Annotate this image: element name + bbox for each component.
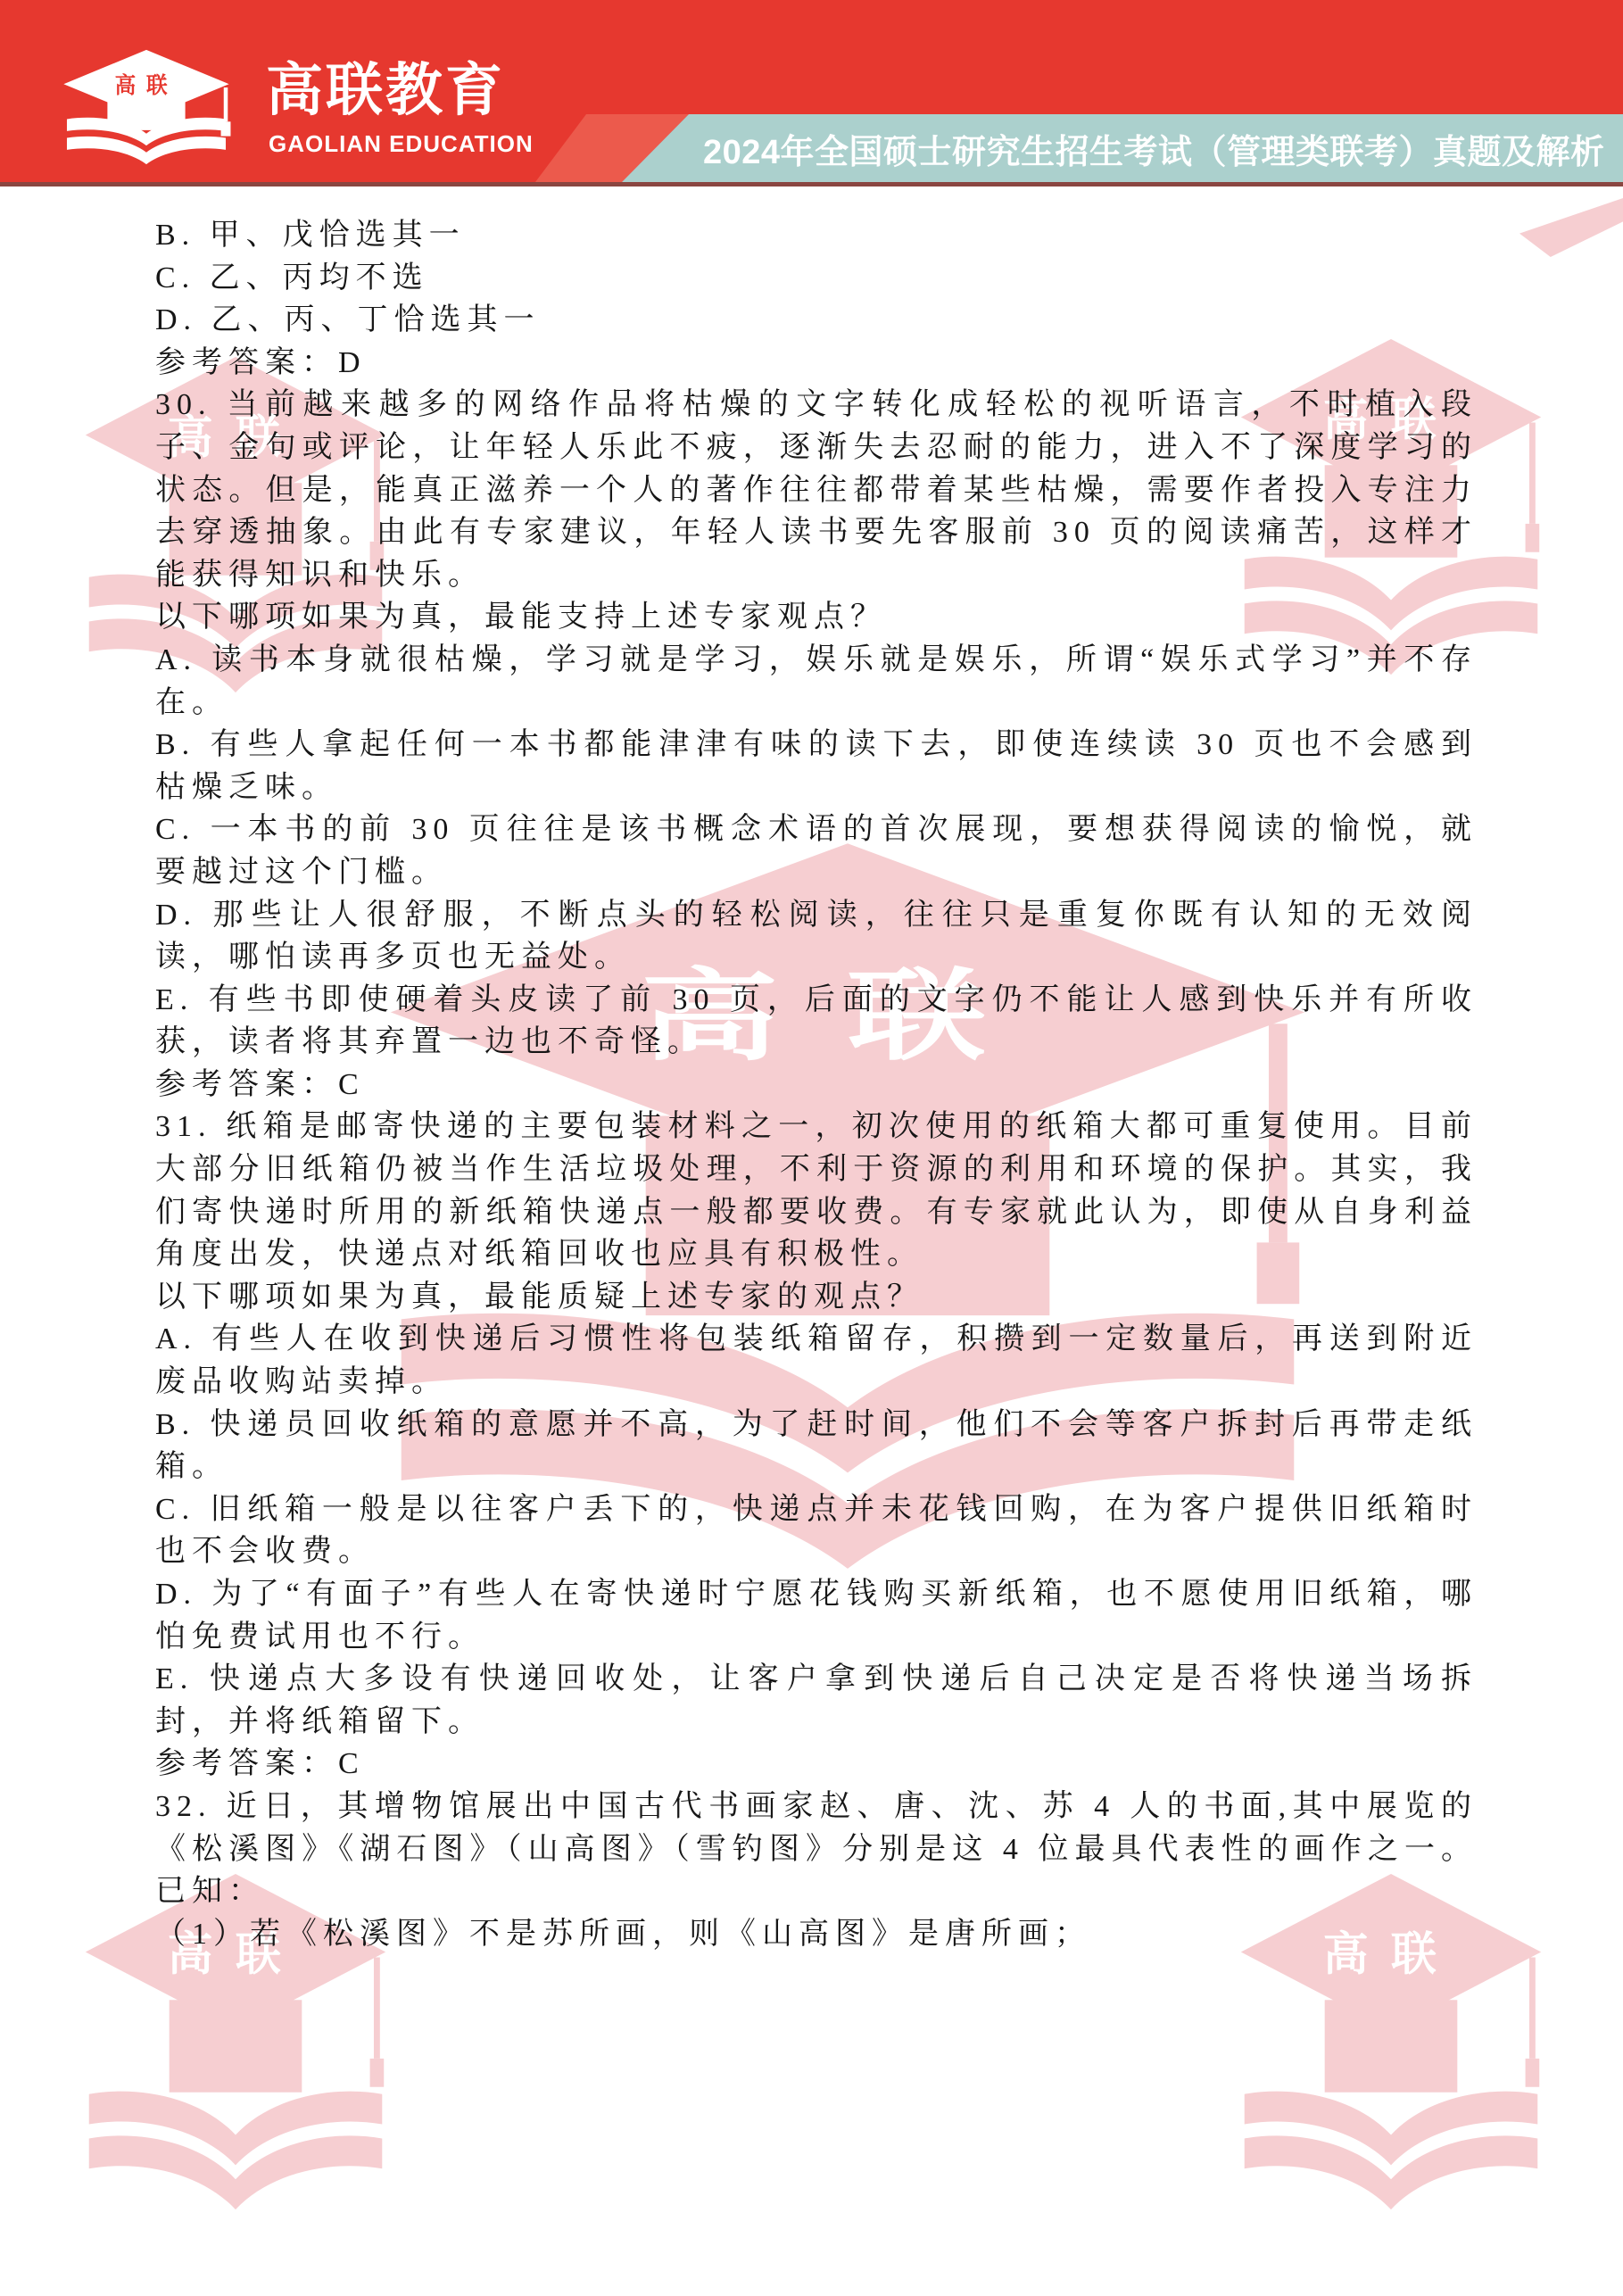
option-line: E. 快递点大多设有快递回收处，让客户拿到快递后自己决定是否将快递当场拆封，并将…	[155, 1658, 1478, 1743]
brand-name-cn: 高联教育	[266, 45, 505, 127]
exam-content: B. 甲、戊恰选其一 C. 乙、丙均不选 D. 乙、丙、丁恰选其一 参考答案：D…	[155, 214, 1478, 1955]
option-line: E. 有些书即使硬着头皮读了前 30 页，后面的文字仍不能让人感到快乐并有所收获…	[155, 979, 1478, 1064]
book-upper-wing	[89, 2092, 383, 2166]
answer-line: 参考答案：D	[155, 342, 1478, 385]
option-line: B. 有些人拿起任何一本书都能津津有味的读下去，即使连续读 30 页也不会感到枯…	[155, 724, 1478, 808]
graduation-cap-book-icon: 高联	[49, 48, 244, 168]
question-stem-32: 32. 近日，其增物馆展出中国古代书画家赵、唐、沈、苏 4 人的书面,其中展览的…	[155, 1786, 1478, 1913]
cap-base-shape	[170, 2000, 302, 2092]
gaolian-watermark-fragment	[1519, 198, 1623, 257]
tassel-end	[1526, 2059, 1540, 2087]
book-lower-wing	[1245, 2135, 1538, 2209]
book-lower-wing	[89, 2135, 383, 2209]
cap-base-shape	[1325, 2000, 1458, 2092]
option-line: B. 甲、戊恰选其一	[155, 214, 1478, 257]
banner-title: 2024年全国硕士研究生招生考试（管理类联考）真题及解析	[703, 124, 1605, 173]
option-line: C. 乙、丙均不选	[155, 257, 1478, 300]
page-header: 2024年全国硕士研究生招生考试（管理类联考）真题及解析 高联 高联教育 GAO…	[0, 0, 1623, 182]
answer-line: 参考答案：C	[155, 1064, 1478, 1107]
brand-name-en: GAOLIAN EDUCATION	[269, 130, 534, 158]
answer-line: 参考答案：C	[155, 1743, 1478, 1786]
condition-line: （1）若《松溪图》不是苏所画，则《山高图》是唐所画；	[155, 1913, 1478, 1956]
option-line: D. 为了“有面子”有些人在寄快递时宁愿花钱购买新纸箱，也不愿使用旧纸箱，哪怕免…	[155, 1573, 1478, 1658]
option-line: C. 一本书的前 30 页往往是该书概念术语的首次展现，要想获得阅读的愉悦，就要…	[155, 808, 1478, 893]
option-line: D. 那些让人很舒服，不断点头的轻松阅读，往往只是重复你既有认知的无效阅读，哪怕…	[155, 894, 1478, 979]
question-prompt-31: 以下哪项如果为真，最能质疑上述专家的观点？	[155, 1276, 1478, 1319]
header-rule	[0, 182, 1623, 186]
exam-page: { "theme": { "red": "#e6382f", "red_ligh…	[0, 0, 1623, 2296]
tassel-end	[370, 2059, 385, 2087]
book-upper-wing	[1245, 2092, 1538, 2166]
tassel-end	[1526, 524, 1540, 552]
logo-cap-text: 高联	[115, 72, 178, 98]
banner-band: 2024年全国硕士研究生招生考试（管理类联考）真题及解析	[571, 114, 1623, 182]
question-stem-31: 31. 纸箱是邮寄快递的主要包装材料之一，初次使用的纸箱大都可重复使用。目前大部…	[155, 1106, 1478, 1275]
question-stem-30: 30. 当前越来越多的网络作品将枯燥的文字转化成轻松的视听语言，不时植入段子、金…	[155, 384, 1478, 596]
gaolian-logo-icon: 高联	[49, 48, 244, 168]
option-line: A. 有些人在收到快递后习惯性将包装纸箱留存，积攒到一定数量后，再送到附近废品收…	[155, 1318, 1478, 1403]
question-prompt-30: 以下哪项如果为真，最能支持上述专家观点？	[155, 596, 1478, 639]
option-line: A. 读书本身就很枯燥，学习就是学习，娱乐就是娱乐，所谓“娱乐式学习”并不存在。	[155, 639, 1478, 724]
option-line: B. 快递员回收纸箱的意愿并不高，为了赶时间，他们不会等客户拆封后再带走纸箱。	[155, 1404, 1478, 1488]
option-line: D. 乙、丙、丁恰选其一	[155, 299, 1478, 342]
option-line: C. 旧纸箱一般是以往客户丢下的，快递点并未花钱回购，在为客户提供旧纸箱时也不会…	[155, 1488, 1478, 1573]
